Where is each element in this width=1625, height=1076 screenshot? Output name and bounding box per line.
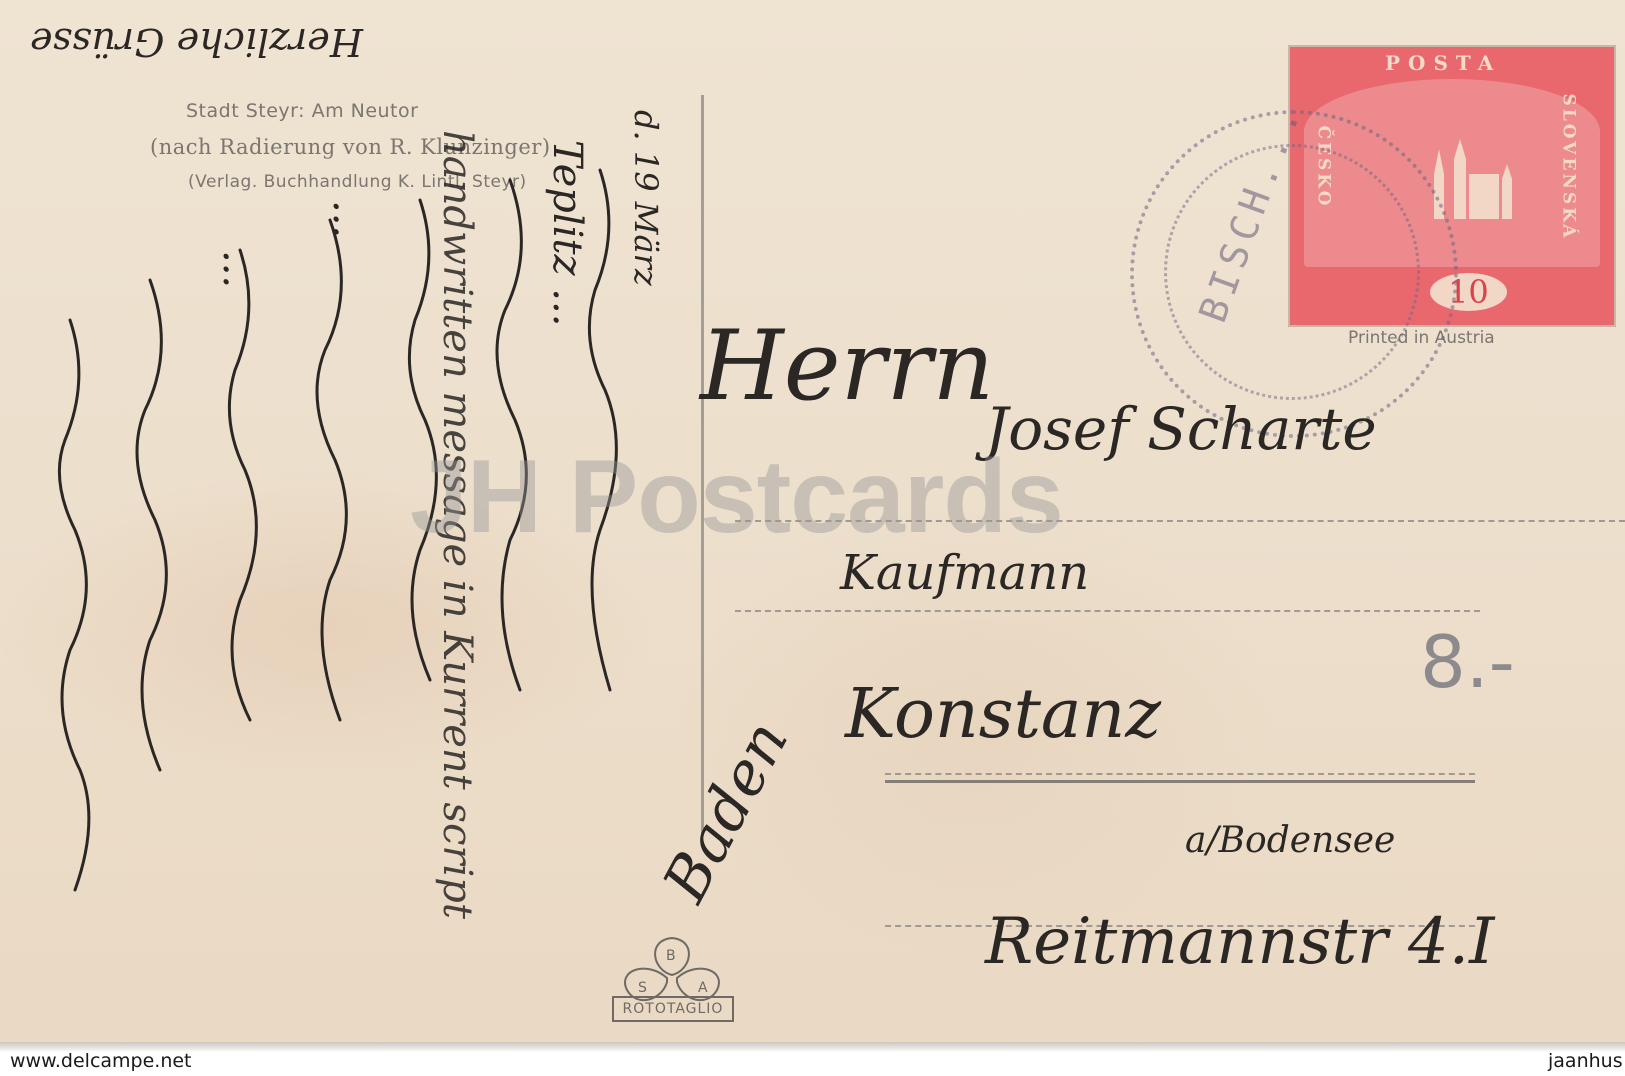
postmark-inner-ring	[1164, 144, 1420, 400]
address-city: Konstanz	[845, 675, 1161, 754]
address-region: a/Bodensee	[1185, 820, 1395, 861]
handwritten-date: d. 19 März	[627, 110, 665, 286]
stamp-top-text: POSTA	[1385, 51, 1501, 75]
watermark: JH Postcards	[410, 438, 1063, 557]
card-shadow	[0, 1042, 1625, 1052]
address-line-3	[885, 773, 1475, 775]
address-salutation: Herrn	[700, 310, 994, 422]
source-credit: www.delcampe.net	[10, 1050, 192, 1072]
uploader-credit: jaanhus	[1548, 1050, 1623, 1072]
postmark-cancel	[1130, 110, 1458, 438]
logo-letter-s: S	[638, 980, 647, 996]
logo-letter-b: B	[666, 948, 676, 964]
pencil-price-note: 8.-	[1420, 620, 1515, 704]
address-line-3-solid	[885, 780, 1475, 783]
stamp-right-text: SLOVENSKÁ	[1559, 94, 1579, 241]
address-street: Reitmannstr 4.I	[985, 905, 1494, 979]
rototaglio-label: ROTOTAGLIO	[612, 996, 734, 1022]
logo-letter-a: A	[698, 980, 708, 996]
postcard-back: Herzliche Grüsse Stadt Steyr: Am Neutor …	[0, 0, 1625, 1042]
address-line-2	[735, 610, 1480, 612]
